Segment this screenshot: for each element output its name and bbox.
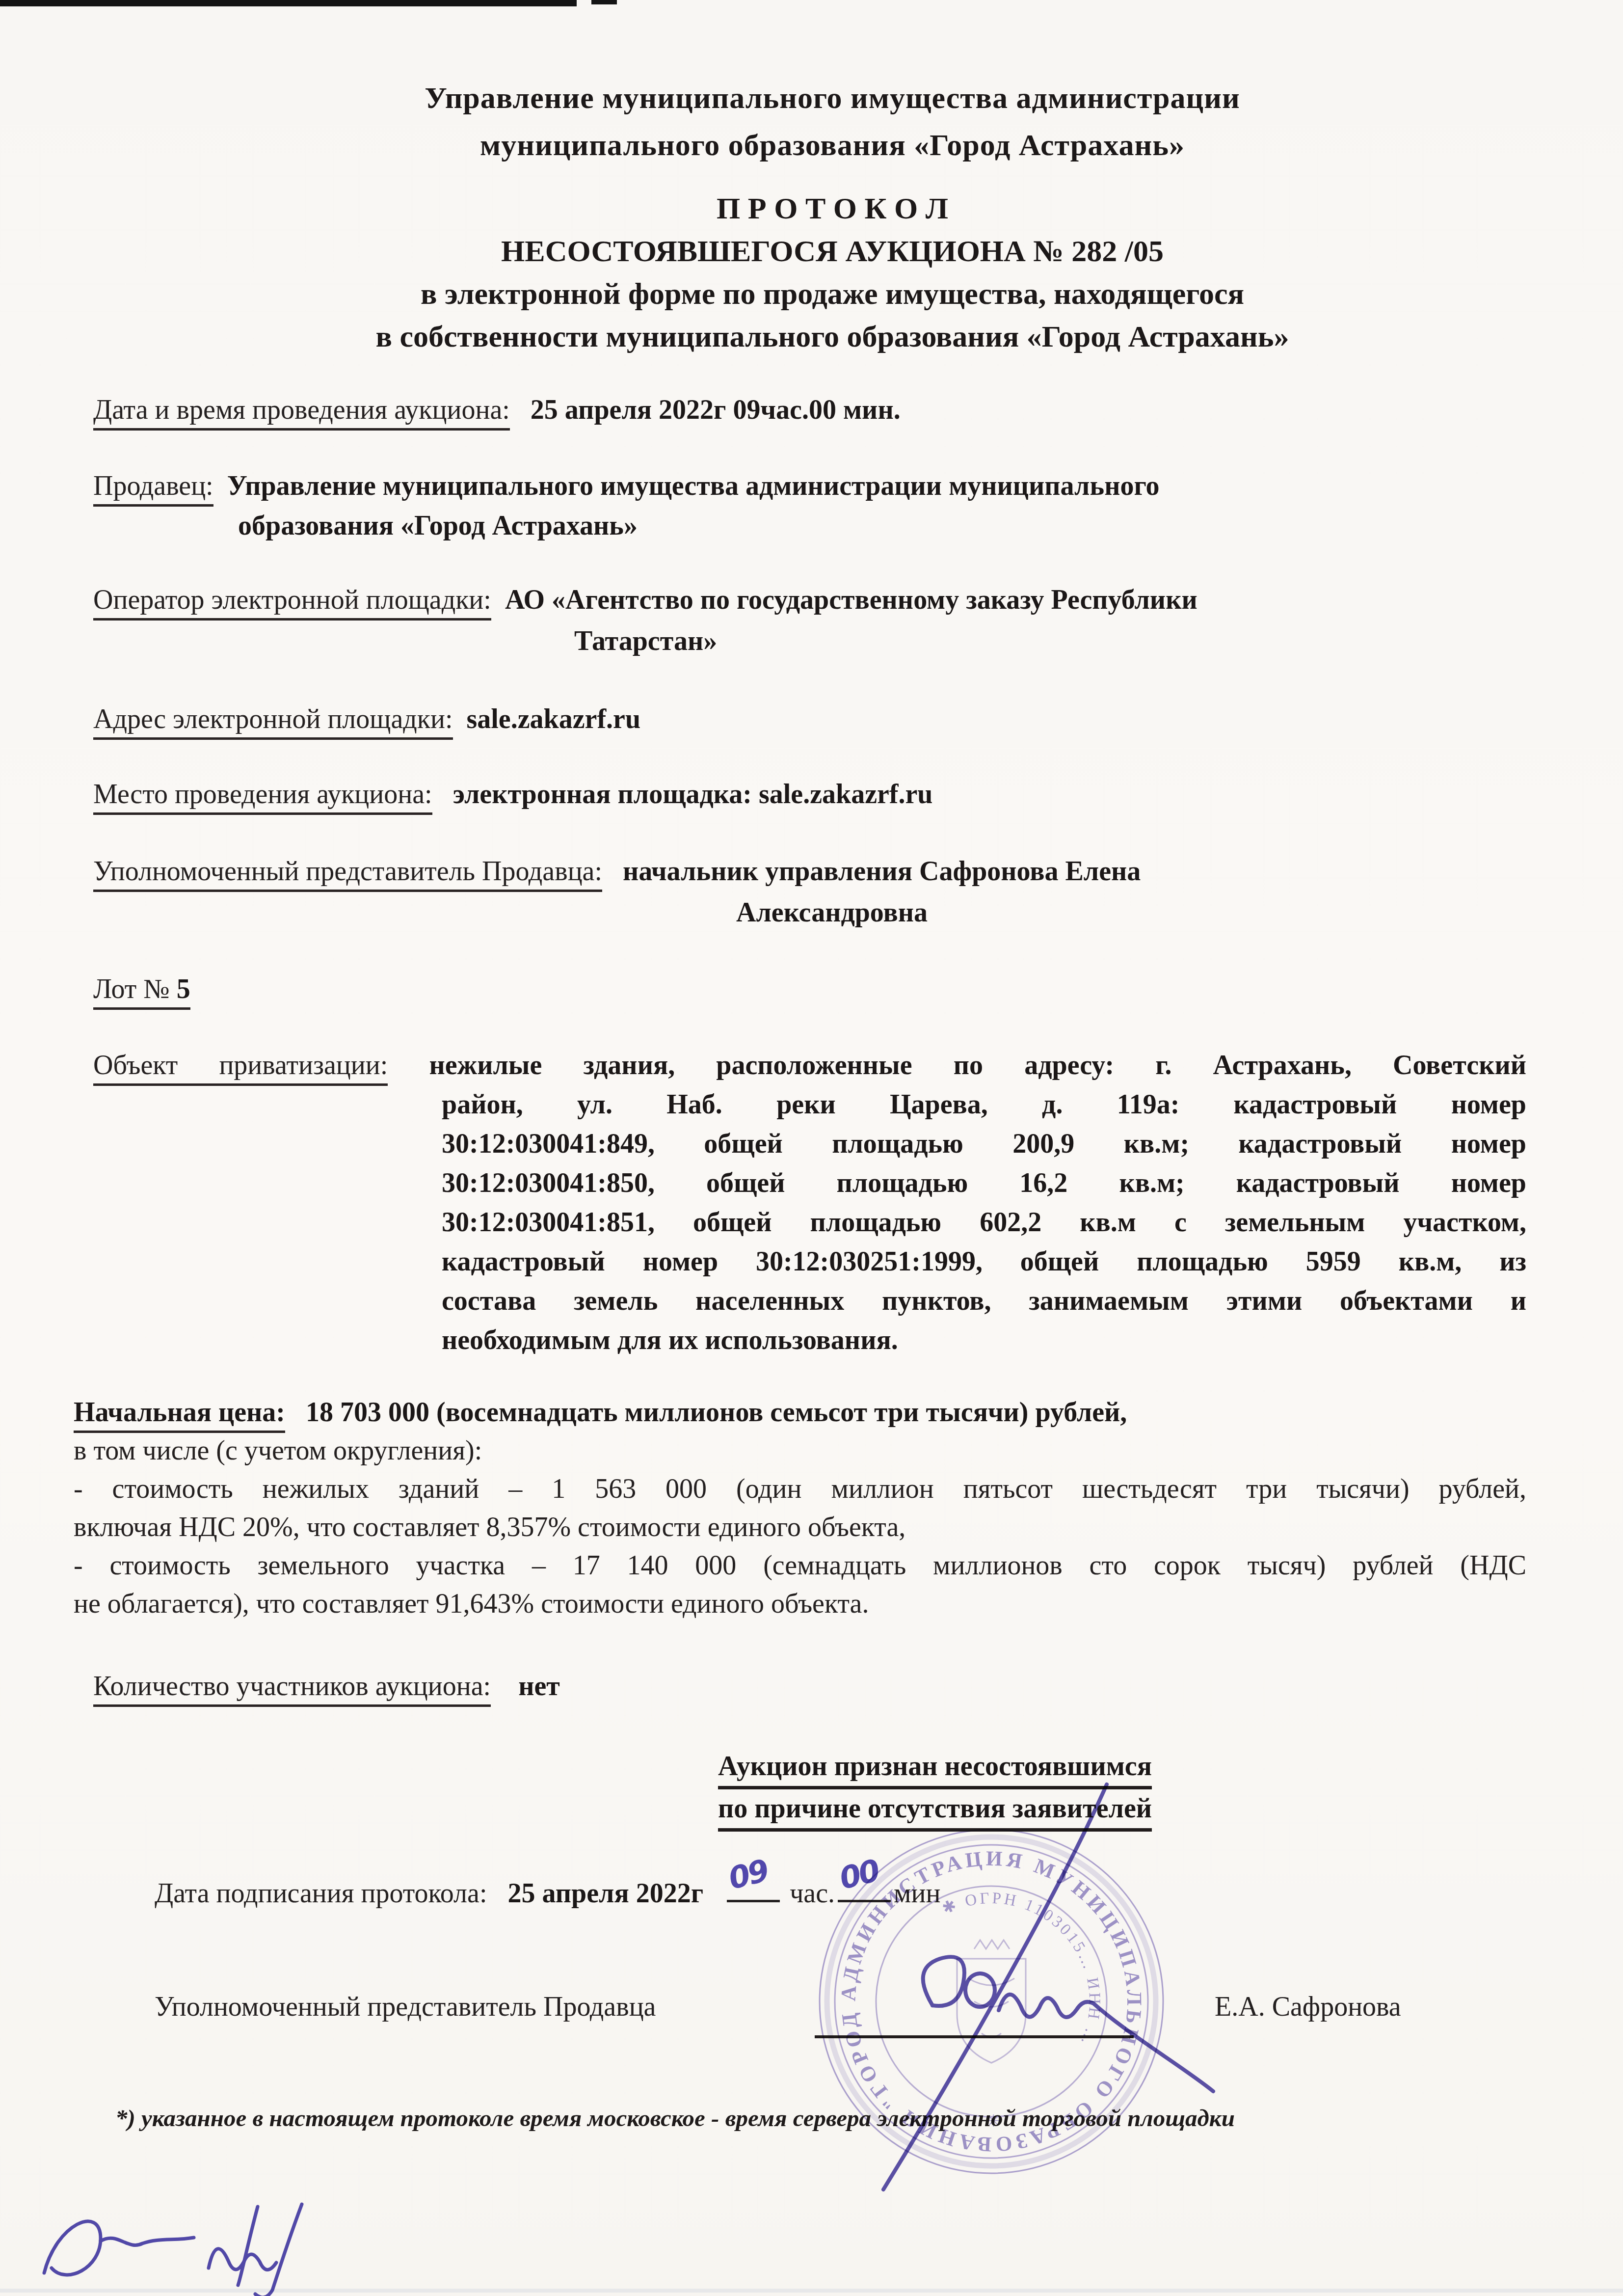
lot-underline: Лот № 5 xyxy=(93,974,190,1010)
title-line3: в электронной форме по продаже имущества… xyxy=(42,273,1623,316)
hours-blank-underline: 09 xyxy=(727,1871,780,1902)
field-seller: Продавец: Управление муниципального имущ… xyxy=(93,466,1526,546)
bottom-signature-connector xyxy=(101,2238,194,2245)
object-line-2: 30:12:030041:849, общей площадью 200,9 к… xyxy=(93,1124,1526,1163)
operator-value-line1: АО «Агентство по государственному заказу… xyxy=(505,585,1197,615)
scan-artifact-top-bar xyxy=(0,0,577,6)
representative-line1: Уполномоченный представитель Продавца: н… xyxy=(93,851,1526,892)
signature-loop-stroke xyxy=(923,1957,964,2006)
representative-label: Уполномоченный представитель Продавца: xyxy=(93,856,602,892)
representative-signature-ink xyxy=(785,1748,1276,2239)
price-line-4: - стоимость земельного участка – 17 140 … xyxy=(74,1546,1526,1585)
object-line-3: 30:12:030041:850, общей площадью 16,2 кв… xyxy=(93,1163,1526,1203)
signing-date: 25 апреля 2022г xyxy=(507,1878,703,1909)
seller-line1: Продавец: Управление муниципального имущ… xyxy=(93,466,1526,506)
object-line-1: район, ул. Наб. реки Царева, д. 119а: ка… xyxy=(93,1085,1526,1124)
org-header: Управление муниципального имущества адми… xyxy=(42,75,1623,169)
lot-number: Лот № 5 xyxy=(93,970,1526,1009)
scanned-protocol-page: Управление муниципального имущества адми… xyxy=(0,0,1623,2296)
bottom-signature-ink xyxy=(27,2194,331,2296)
venue-label: Место проведения аукциона: xyxy=(93,779,432,815)
price-line-2: - стоимость нежилых зданий – 1 563 000 (… xyxy=(74,1470,1526,1508)
participants-value: нет xyxy=(518,1671,560,1702)
representative-value-line2: Александровна xyxy=(93,892,1526,933)
seller-value-line1: Управление муниципального имущества адми… xyxy=(227,471,1160,501)
title-auction-number: НЕСОСТОЯВШЕГОСЯ АУКЦИОНА № 282 /05 xyxy=(42,230,1623,273)
title-line4: в собственности муниципального образован… xyxy=(42,316,1623,358)
signature-oval-stroke xyxy=(965,1973,995,2007)
bottom-signature-tall-stroke1 xyxy=(238,2207,258,2285)
operator-label: Оператор электронной площадки: xyxy=(93,585,491,621)
object-line-0: нежилые здания, расположенные по адресу:… xyxy=(429,1050,1526,1080)
seller-value-line2: образования «Город Астрахань» xyxy=(93,506,1526,546)
signing-label: Дата подписания протокола: xyxy=(155,1878,487,1909)
field-auction-datetime: Дата и время проведения аукциона: 25 апр… xyxy=(93,390,1526,430)
object-line-5: кадастровый номер 30:12:030251:1999, общ… xyxy=(93,1242,1526,1281)
signature-wave-stroke xyxy=(999,1995,1213,2091)
price-line-3: включая НДС 20%, что составляет 8,357% с… xyxy=(74,1508,1526,1546)
participants-label: Количество участников аукциона: xyxy=(93,1671,491,1707)
platform-address-value: sale.zakazrf.ru xyxy=(467,704,641,734)
field-platform-address: Адрес электронной площадки: sale.zakazrf… xyxy=(93,700,1526,739)
seller-label: Продавец: xyxy=(93,471,213,507)
operator-value-line2: Татарстан» xyxy=(93,621,1526,662)
auction-datetime-label: Дата и время проведения аукциона: xyxy=(93,395,510,431)
signature-row-label: Уполномоченный представитель Продавца xyxy=(155,1987,656,2027)
representative-value-line1: начальник управления Сафронова Елена xyxy=(623,856,1141,887)
platform-address-label: Адрес электронной площадки: xyxy=(93,704,453,740)
org-name-line1: Управление муниципального имущества адми… xyxy=(42,75,1623,122)
object-line-first: Объект приватизации: нежилые здания, рас… xyxy=(93,1046,1526,1085)
operator-line1: Оператор электронной площадки: АО «Агент… xyxy=(93,579,1526,621)
price-line-5: не облагается), что составляет 91,643% с… xyxy=(74,1585,1526,1623)
lot-label: Лот № xyxy=(93,974,170,1004)
auction-datetime-value: 25 апреля 2022г 09час.00 мин. xyxy=(531,395,901,425)
lot-value: 5 xyxy=(177,974,190,1004)
bottom-signature-d-loop xyxy=(44,2221,101,2275)
price-label: Начальная цена: xyxy=(74,1397,285,1433)
venue-value: электронная площадка: sale.zakazrf.ru xyxy=(453,779,933,810)
field-participants: Количество участников аукциона: нет xyxy=(93,1667,1526,1706)
price-paragraph: Начальная цена: 18 703 000 (восемнадцать… xyxy=(74,1393,1526,1623)
price-line-1: в том числе (с учетом округления): xyxy=(74,1432,1526,1470)
price-value: 18 703 000 (восемнадцать миллионов семьс… xyxy=(306,1397,1127,1428)
object-line-4: 30:12:030041:851, общей площадью 602,2 к… xyxy=(93,1203,1526,1242)
scan-artifact-top-notch xyxy=(591,0,617,4)
title-word-protokol: П Р О Т О К О Л xyxy=(42,188,1623,230)
object-line-6: состава земель населенных пунктов, заним… xyxy=(93,1281,1526,1321)
org-name-line2: муниципального образования «Город Астрах… xyxy=(42,122,1623,169)
field-representative: Уполномоченный представитель Продавца: н… xyxy=(93,851,1526,933)
object-label: Объект приватизации: xyxy=(93,1050,388,1086)
bottom-signature-tall-stroke2 xyxy=(255,2204,302,2296)
protocol-title: П Р О Т О К О Л НЕСОСТОЯВШЕГОСЯ АУКЦИОНА… xyxy=(42,188,1623,358)
field-venue: Место проведения аукциона: электронная п… xyxy=(93,775,1526,814)
object-paragraph: Объект приватизации: нежилые здания, рас… xyxy=(93,1046,1526,1360)
price-line-first: Начальная цена: 18 703 000 (восемнадцать… xyxy=(74,1393,1526,1432)
handwritten-hours: 09 xyxy=(724,1851,772,1899)
field-operator: Оператор электронной площадки: АО «Агент… xyxy=(93,579,1526,662)
object-line-7: необходимым для их использования. xyxy=(93,1321,1526,1360)
